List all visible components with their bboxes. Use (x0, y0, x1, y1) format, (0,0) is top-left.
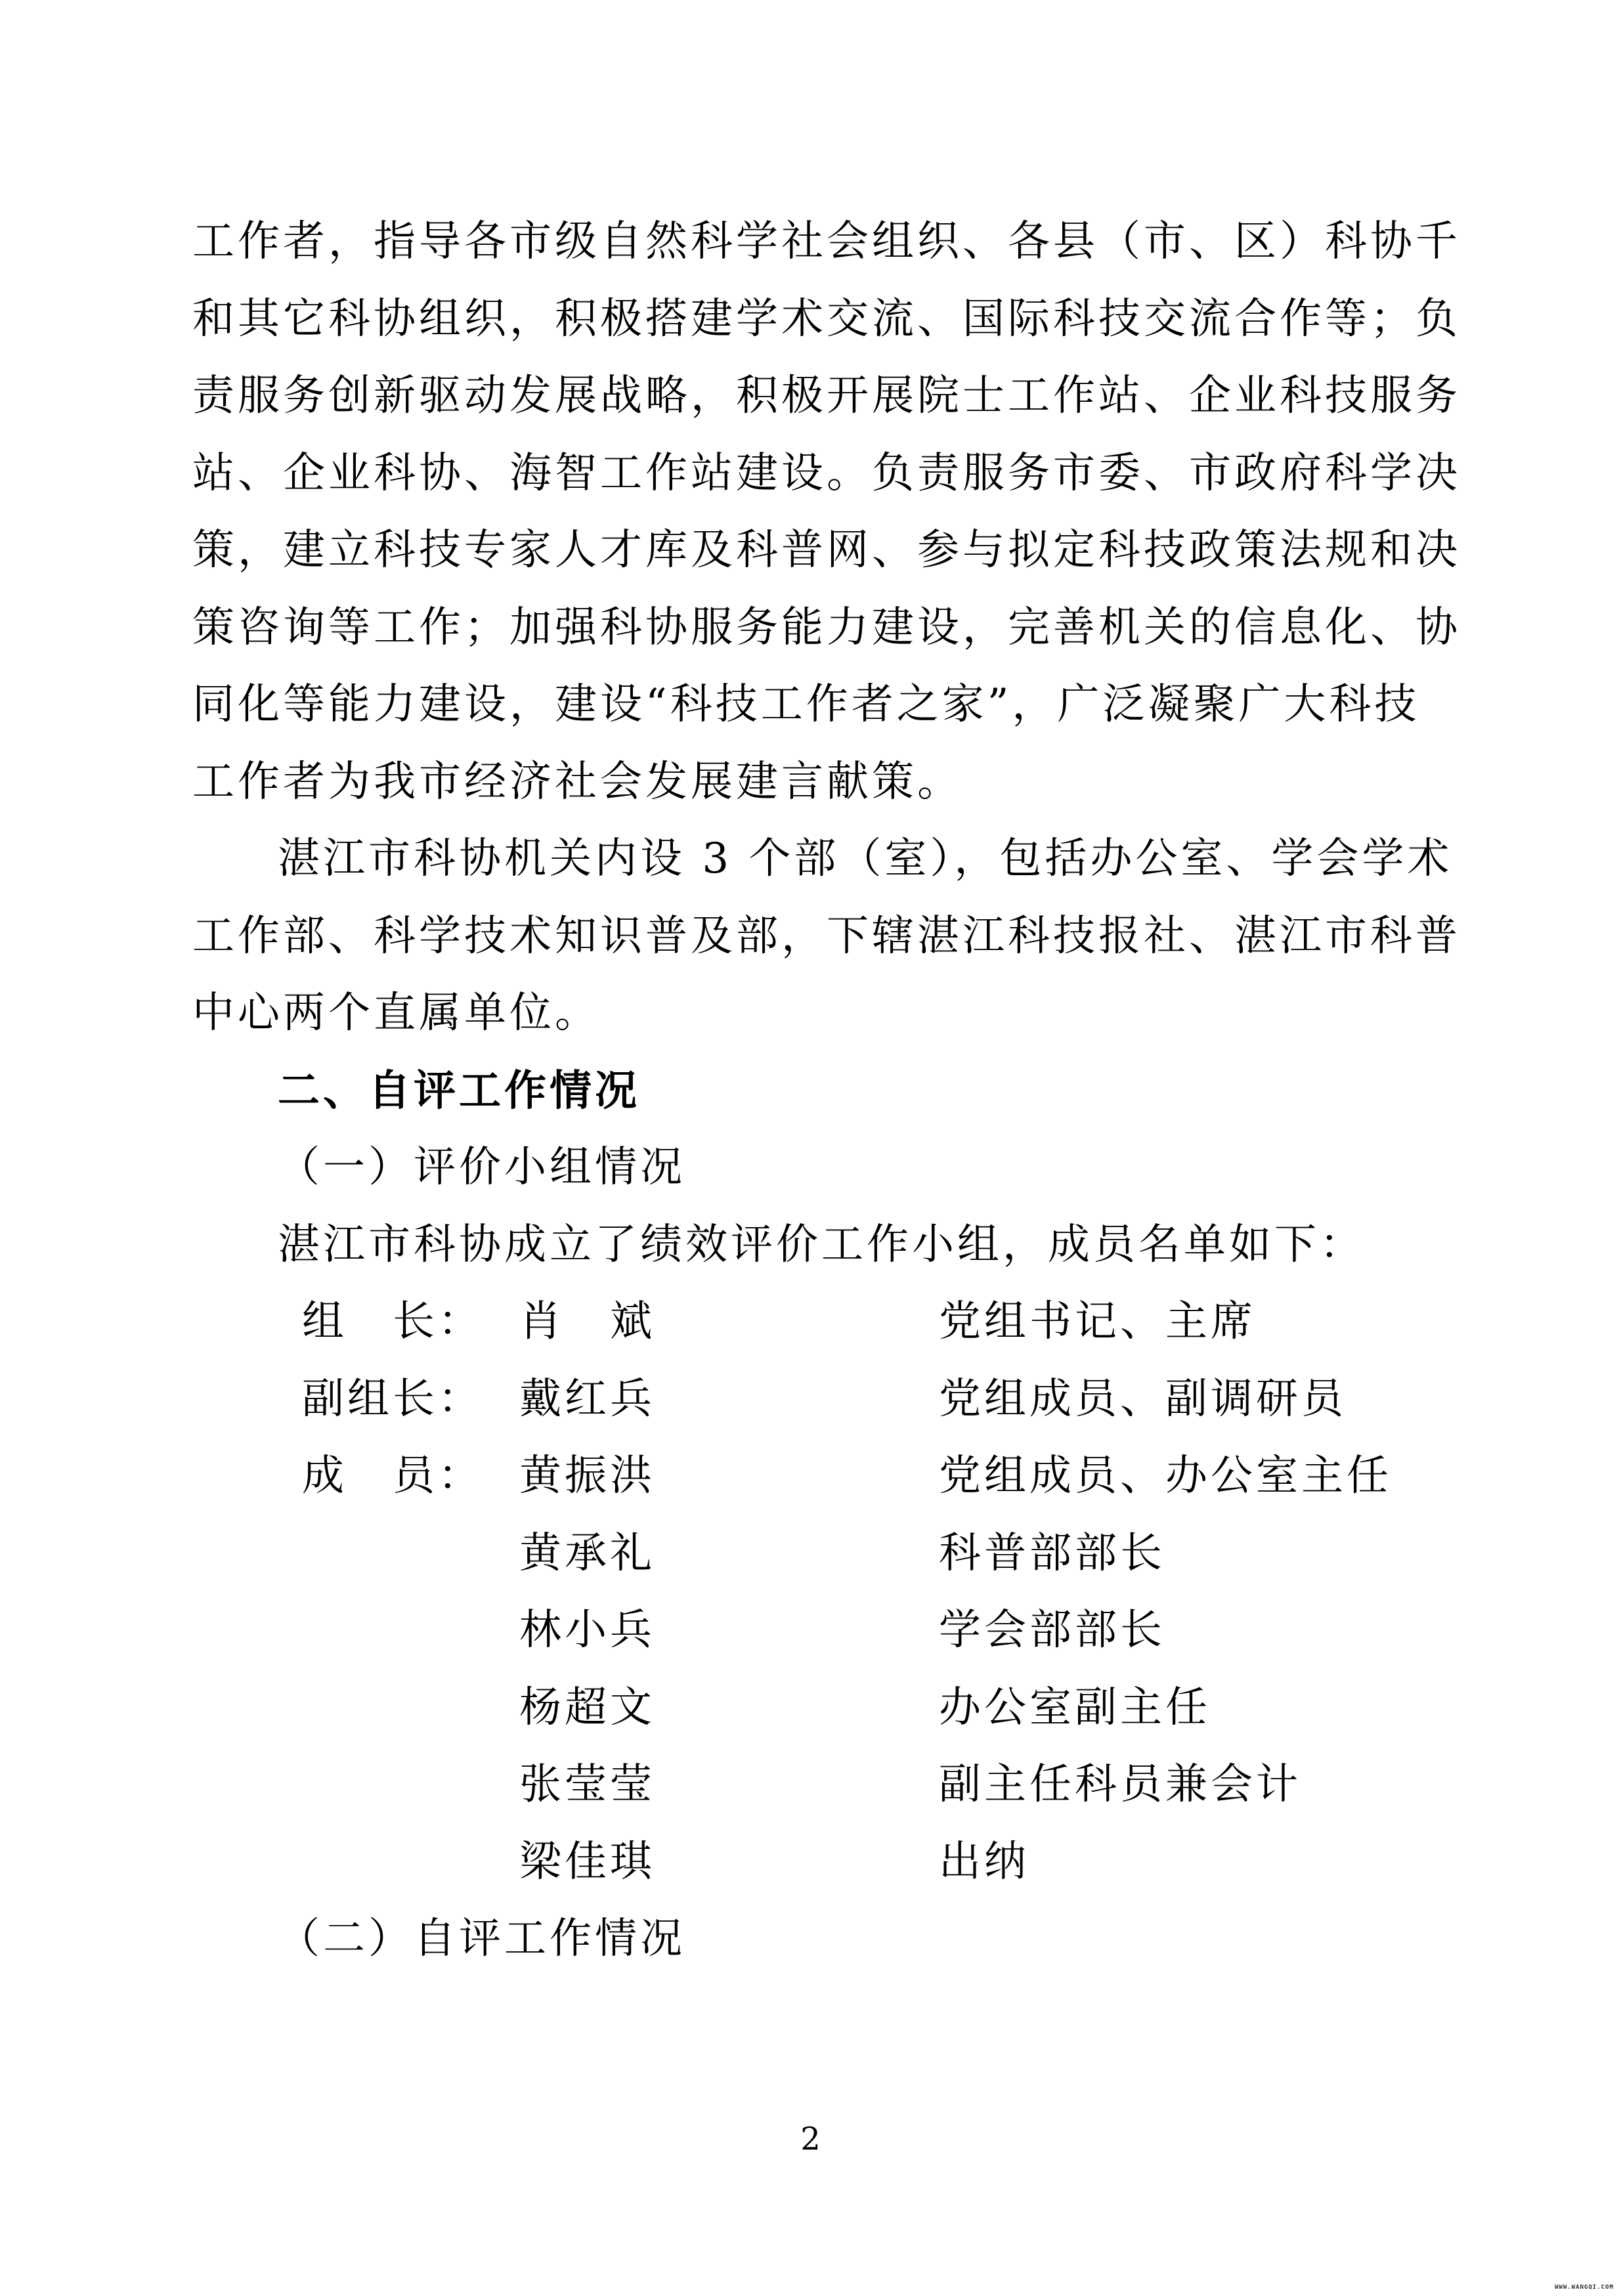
member-label: 组 长： (302, 1284, 483, 1361)
body-paragraph-2: 湛江市科协机关内设 3 个部（室），包括办公室、学会学术 工作部、科学技术知识普… (192, 821, 1433, 1052)
text-line: 策，建立科技专家人才库及科普网、参与拟定科技政策法规和决 (192, 512, 1433, 590)
section-heading: 二、自评工作情况 (192, 1052, 1433, 1130)
text-line: 同化等能力建设，建设“科技工作者之家”，广泛凝聚广大科技 (192, 666, 1433, 744)
member-name: 黄承礼 (519, 1515, 655, 1593)
text-line: 湛江市科协机关内设 3 个部（室），包括办公室、学会学术 (192, 821, 1433, 898)
member-row: 副组长： 戴红兵 党组成员、副调研员 (192, 1361, 1433, 1439)
member-label: 副组长： (302, 1361, 483, 1439)
member-row: 张莹莹 副主任科员兼会计 (192, 1746, 1433, 1824)
text-line: 站、企业科协、海智工作站建设。负责服务市委、市政府科学决 (192, 435, 1433, 513)
member-role: 学会部部长 (939, 1592, 1165, 1670)
member-name: 梁佳琪 (519, 1824, 655, 1901)
member-list: 组 长： 肖 斌 党组书记、主席 副组长： 戴红兵 党组成员、副调研员 成 员：… (192, 1284, 1433, 1901)
member-name: 杨超文 (519, 1670, 655, 1747)
member-label: 成 员： (302, 1438, 483, 1515)
subsection-heading-1: （一）评价小组情况 (192, 1129, 1433, 1207)
member-row: 杨超文 办公室副主任 (192, 1670, 1433, 1747)
text-line: 和其它科协组织，积极搭建学术交流、国际科技交流合作等；负 (192, 281, 1433, 358)
text-line: 工作者，指导各市级自然科学社会组织、各县（市、区）科协千 (192, 204, 1433, 281)
member-row: 成 员： 黄振洪 党组成员、办公室主任 (192, 1438, 1433, 1515)
member-name: 黄振洪 (519, 1438, 655, 1515)
member-row: 梁佳琪 出纳 (192, 1824, 1433, 1901)
member-name: 林小兵 (519, 1592, 655, 1670)
member-role: 副主任科员兼会计 (939, 1746, 1301, 1824)
member-row: 黄承礼 科普部部长 (192, 1515, 1433, 1593)
text-line: 策咨询等工作；加强科协服务能力建设，完善机关的信息化、协 (192, 590, 1433, 667)
member-row: 组 长： 肖 斌 党组书记、主席 (192, 1284, 1433, 1361)
document-body: 工作者，指导各市级自然科学社会组织、各县（市、区）科协千 和其它科协组织，积极搭… (192, 204, 1433, 1978)
member-role: 科普部部长 (939, 1515, 1165, 1593)
member-name: 张莹莹 (519, 1746, 655, 1824)
body-paragraph-1: 工作者，指导各市级自然科学社会组织、各县（市、区）科协千 和其它科协组织，积极搭… (192, 204, 1433, 821)
text-line: 中心两个直属单位。 (192, 975, 1433, 1052)
page-number: 2 (0, 2119, 1621, 2159)
text-line: 工作者为我市经济社会发展建言献策。 (192, 744, 1433, 821)
document-page: 工作者，指导各市级自然科学社会组织、各县（市、区）科协千 和其它科协组织，积极搭… (0, 0, 1621, 2296)
member-row: 林小兵 学会部部长 (192, 1592, 1433, 1670)
subsection-heading-2: （二）自评工作情况 (192, 1901, 1433, 1978)
member-role: 党组成员、办公室主任 (939, 1438, 1392, 1515)
member-name: 戴红兵 (519, 1361, 655, 1439)
member-name: 肖 斌 (519, 1284, 655, 1361)
member-role: 办公室副主任 (939, 1670, 1211, 1747)
watermark: WWW.WANGQI.COM (1555, 2284, 1614, 2291)
intro-line: 湛江市科协成立了绩效评价工作小组，成员名单如下： (192, 1207, 1433, 1284)
member-role: 出纳 (939, 1824, 1029, 1901)
member-role: 党组成员、副调研员 (939, 1361, 1347, 1439)
text-line: 工作部、科学技术知识普及部，下辖湛江科技报社、湛江市科普 (192, 898, 1433, 976)
text-line: 责服务创新驱动发展战略，积极开展院士工作站、企业科技服务 (192, 358, 1433, 435)
member-role: 党组书记、主席 (939, 1284, 1256, 1361)
